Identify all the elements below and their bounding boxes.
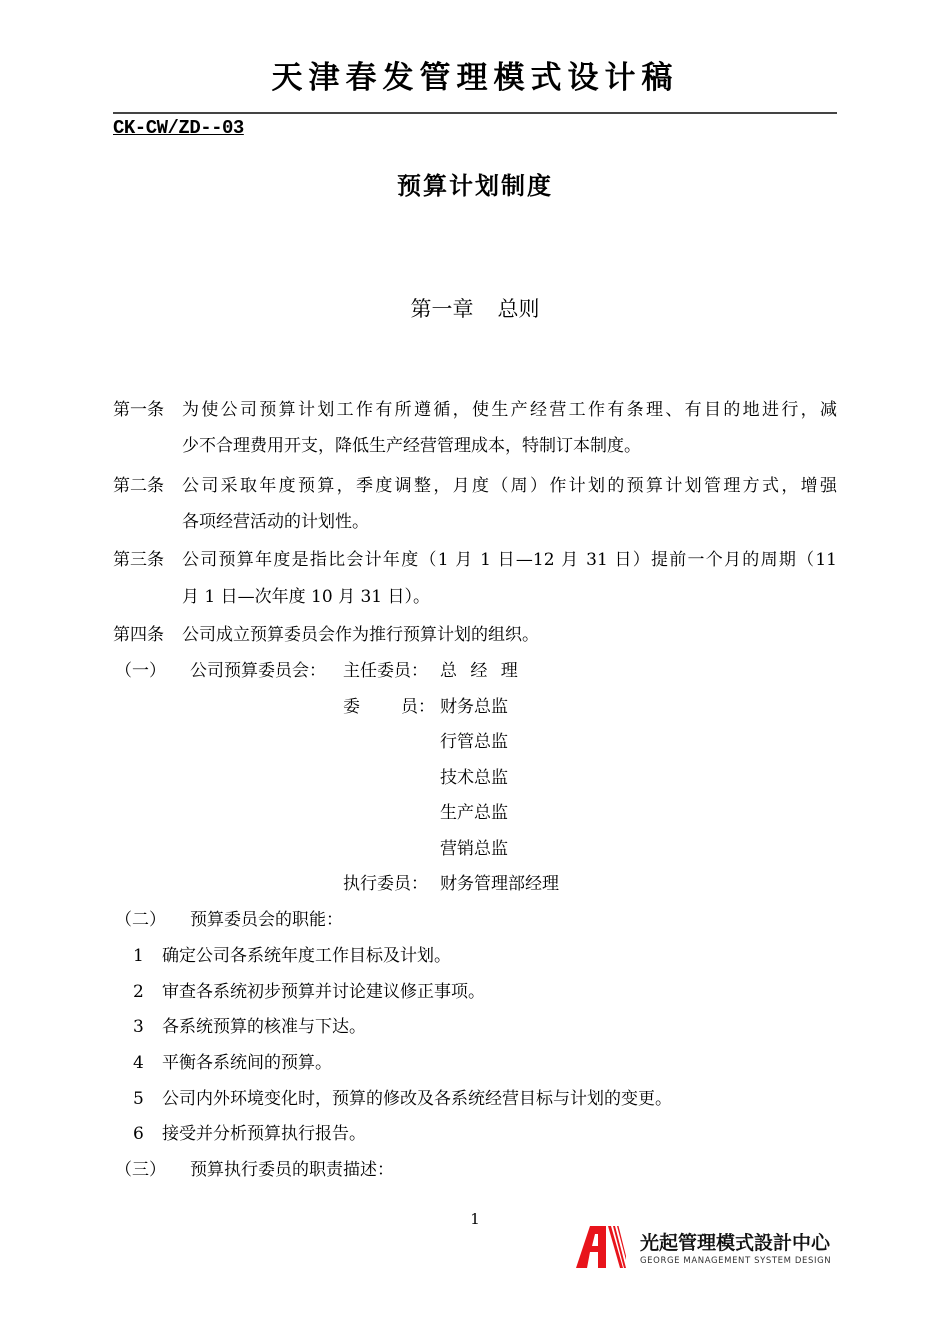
chapter-number: 第一章 bbox=[411, 297, 474, 321]
list-item: 公司内外环境变化时，预算的修改及各系统经营目标与计划的变更。 bbox=[162, 1089, 672, 1109]
article-text-continued: 少不合理费用开支，降低生产经营管理成本，特制订本制度。 bbox=[182, 436, 641, 456]
logo-chinese-name: 光起管理模式設計中心 bbox=[640, 1228, 830, 1255]
list-item: 各系统预算的核准与下达。 bbox=[162, 1017, 366, 1037]
list-item-number: 1 bbox=[133, 946, 144, 966]
document-code: CK-CW/ZD--03 bbox=[113, 117, 244, 139]
exec-label: 执行委员： bbox=[343, 874, 428, 894]
article-text-continued: 月 1 日—次年度 10 月 31 日）。 bbox=[182, 587, 430, 607]
list-item: 确定公司各系统年度工作目标及计划。 bbox=[162, 946, 451, 966]
member-item: 生产总监 bbox=[440, 803, 508, 823]
section-heading: 公司预算委员会： bbox=[190, 661, 326, 681]
list-item-number: 2 bbox=[133, 982, 144, 1002]
list-item: 审查各系统初步预算并讨论建议修正事项。 bbox=[162, 982, 485, 1002]
section-heading: 预算委员会的职能： bbox=[190, 910, 343, 930]
chair-label: 主任委员： bbox=[343, 661, 428, 681]
exec-value: 财务管理部经理 bbox=[440, 874, 559, 894]
list-item-number: 4 bbox=[133, 1053, 144, 1073]
chair-value: 总 经 理 bbox=[440, 661, 522, 681]
article-text: 公司预算年度是指比会计年度（1 月 1 日—12 月 31 日）提前一个月的周期… bbox=[182, 550, 837, 570]
list-item: 平衡各系统间的预算。 bbox=[162, 1053, 332, 1073]
article-label: 第二条 bbox=[113, 476, 164, 496]
chapter-heading: 第一章总则 bbox=[0, 293, 950, 323]
member-item: 行管总监 bbox=[440, 732, 508, 752]
article-text: 公司成立预算委员会作为推行预算计划的组织。 bbox=[182, 625, 539, 645]
members-label: 委 bbox=[343, 697, 360, 717]
member-item: 技术总监 bbox=[440, 768, 508, 788]
document-title: 预算计划制度 bbox=[0, 166, 950, 201]
members-label: 员： bbox=[401, 697, 435, 717]
logo-english-name: GEORGE MANAGEMENT SYSTEM DESIGN bbox=[640, 1256, 831, 1266]
company-logo: 光起管理模式設計中心 GEORGE MANAGEMENT SYSTEM DESI… bbox=[576, 1226, 838, 1270]
header-divider bbox=[113, 112, 837, 114]
chapter-name: 总则 bbox=[498, 297, 540, 321]
section-label: （二） bbox=[115, 910, 166, 930]
article-text: 公司采取年度预算，季度调整，月度（周）作计划的预算计划管理方式，增强 bbox=[182, 476, 837, 496]
article-label: 第一条 bbox=[113, 400, 164, 420]
header-title: 天津春发管理模式设计稿 bbox=[0, 52, 950, 97]
list-item-number: 5 bbox=[133, 1089, 144, 1109]
member-item: 财务总监 bbox=[440, 697, 508, 717]
article-text-continued: 各项经营活动的计划性。 bbox=[182, 512, 369, 532]
logo-a-icon bbox=[576, 1226, 626, 1268]
section-label: （一） bbox=[115, 661, 166, 681]
list-item-number: 6 bbox=[133, 1124, 144, 1144]
article-label: 第四条 bbox=[113, 625, 164, 645]
section-label: （三） bbox=[115, 1160, 166, 1180]
list-item-number: 3 bbox=[133, 1017, 144, 1037]
article-text: 为使公司预算计划工作有所遵循，使生产经营工作有条理、有目的地进行，减 bbox=[182, 400, 837, 420]
article-label: 第三条 bbox=[113, 550, 164, 570]
list-item: 接受并分析预算执行报告。 bbox=[162, 1124, 366, 1144]
section-heading: 预算执行委员的职责描述： bbox=[190, 1160, 394, 1180]
member-item: 营销总监 bbox=[440, 839, 508, 859]
